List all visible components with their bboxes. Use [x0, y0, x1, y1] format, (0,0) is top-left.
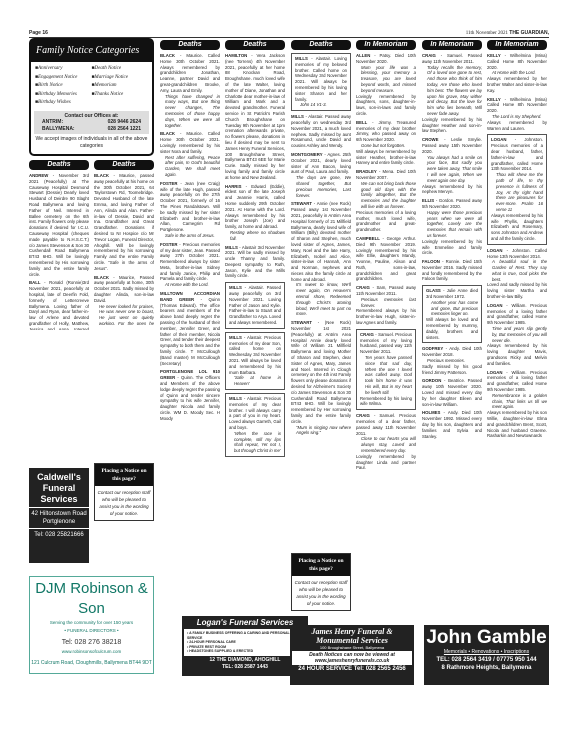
- notice-surname: ALLEN: [356, 53, 370, 58]
- notice-verse: 'Safe at home in Heaven': [229, 375, 281, 387]
- notice-remembered-by: Remembered always by his brother-in-law …: [356, 308, 416, 325]
- notice-surname: MILLS: [291, 114, 304, 119]
- deaths-column-5: DeathsMILLS - Alastair. Loving memories …: [291, 40, 351, 439]
- notice-text: - Edward (Eddie), eldest son of the late…: [225, 184, 285, 230]
- notice-entry: MILLS - Alastair. Precious memories of m…: [225, 393, 285, 457]
- notice-remembered-by: Always remembered by his nephew Mervyn.: [422, 184, 482, 196]
- notice-verse: Ten years have passed since that sad day…: [360, 355, 412, 396]
- placing-notice-box-1: Placing a Notice on this page?Contact ou…: [94, 463, 154, 521]
- notice-surname: BLACK: [160, 131, 175, 136]
- notice-verse: Thou wilt shew me the path of life, In t…: [491, 172, 543, 213]
- notice-verse: Today recalls the memory, Of a loved one…: [422, 65, 482, 117]
- notice-verse: A beautiful soul in the Garden of Rest. …: [487, 259, 547, 282]
- notice-entry: MILLS - Alastair. Passed away peacefully…: [225, 282, 285, 329]
- notice-verse: You always had a smile on your face, But…: [422, 155, 482, 184]
- notice-remembered-by: Will always be remembered by sister Heat…: [356, 149, 416, 166]
- notice-surname: CROWE: [422, 137, 438, 142]
- notice-entry: BELL - Jimmy. Treasured memories of my d…: [356, 120, 416, 166]
- notice-remembered-by: Lovingly remembered by his daughter Heat…: [422, 117, 482, 134]
- category-item: Birthday Memories: [35, 91, 92, 100]
- notice-entry: FOSTER - Precious memories of my dear si…: [160, 242, 220, 288]
- notice-text: - Maurice, passed away peacefully at his…: [94, 173, 154, 271]
- notice-remembered-by: Lovingly remembered by daughter Linda an…: [356, 454, 416, 471]
- notice-surname: BRADLEY: [356, 169, 377, 174]
- notice-text: - Alastair. Loving memories of my belove…: [295, 56, 347, 102]
- notice-entry: LOGAN - Johnston. Precious memories of a…: [487, 134, 547, 244]
- notice-text: - Alastair. Precious memories of my dear…: [229, 396, 281, 430]
- memoriam-column-2: In MemoriamCRAIG - Samuel. Passed away 1…: [422, 40, 482, 442]
- notice-surname: BLACK: [94, 173, 109, 178]
- notice-surname: STEWART: [291, 320, 312, 325]
- notice-remembered-by: Will always be loved and remembered by m…: [426, 317, 478, 340]
- notice-surname: MILLS: [295, 56, 308, 61]
- category-item: Birth Notice: [35, 82, 92, 91]
- notice-surname: BALL: [29, 280, 40, 285]
- notice-text: - Vera Jackson (nee Torrens) 4th Novembe…: [225, 53, 285, 180]
- notice-text: - Quinn. The Officers and Members of the…: [160, 375, 220, 421]
- notice-verse: We can not bring back those good old day…: [356, 181, 416, 210]
- notice-entry: LOGAN - William. Precious memories of a …: [487, 303, 547, 367]
- notice-entry: KELLY - Wilhelmina (Mina) Called Home 8t…: [487, 53, 547, 94]
- notice-entry: CRAIG - Samuel. Passed away 11th Novembe…: [422, 53, 482, 134]
- notice-surname: CRAIG: [422, 53, 436, 58]
- notice-surname: CRAIG: [356, 413, 370, 418]
- notice-entry: STEWART - Annie (nee Rock) Passed away 1…: [291, 201, 351, 317]
- notice-verse: Time and years slip gently by, But memor…: [487, 326, 547, 343]
- notice-entry: CRAIG - Samuel. Precious memories of a d…: [356, 413, 416, 471]
- notice-remembered-by: Always remembered by his loving daughter…: [487, 343, 547, 366]
- notice-surname: HARRIS: [225, 184, 241, 189]
- category-item: Anniversary: [35, 65, 92, 74]
- james-henry-website-note: Death Notices can now be viewed at www.j…: [292, 651, 412, 665]
- deaths-banner: Deaths: [29, 160, 89, 170]
- notice-entry: CRAIG - Samuel. Precious memories of my …: [356, 329, 416, 410]
- notice-entry: STEWART - (Nee Rock) November 1st 2021 (…: [291, 320, 351, 436]
- notice-text: - Alastair. Precious memories of my dear…: [229, 335, 281, 375]
- notice-verse: Remembrance is a golden chain, That link…: [487, 393, 547, 410]
- notice-entry: GODFREY - Andy. Died 10th November 2018.…: [422, 346, 482, 375]
- notice-surname: MILLS: [229, 396, 242, 401]
- caldwells-funeral-ad: Caldwell's Funeral Services 42 Hiltonsto…: [29, 468, 89, 563]
- notice-remembered-by: Precious memories of a loving mother, mu…: [356, 210, 416, 233]
- notice-surname: GORDON: [422, 378, 441, 383]
- notice-entry: BLACK - Maurice. Called Home 30th Octobe…: [160, 53, 220, 128]
- notice-entry: GLASS - Julie Anne died 3rd November 197…: [422, 285, 482, 343]
- notice-verse: Safe in the arms of Jesus.: [160, 233, 220, 239]
- notice-surname: HAMILTON: [225, 53, 247, 58]
- notice-entry: BLACK - Maurice, Passed away peacefully …: [94, 275, 154, 325]
- djm-robinson-ad: DJM Robinson & Son Serving the community…: [29, 576, 154, 674]
- deaths-banner: Deaths: [225, 40, 285, 50]
- notice-surname: MONTGOMERY: [291, 152, 323, 157]
- notice-text: - Annie (nee Rock) Passed away 1st Novem…: [291, 201, 351, 281]
- notice-entry: FALOON - Ronnie. Died 15th November 2016…: [422, 259, 482, 282]
- notice-remembered-by: Always remembered by Warren and Lauren.: [487, 120, 547, 132]
- notice-text: - (Nee Rock) November 1st 2021 (Peaceful…: [291, 320, 351, 424]
- notice-remembered-by: Sadly missed by his good friend Jimmy Pa…: [422, 364, 482, 376]
- notice-verse: Close to our hearts you will always stay…: [356, 436, 416, 453]
- category-item: Engagement Notice: [35, 74, 92, 83]
- notice-verse: Resting where no shadows fall.: [225, 230, 285, 242]
- notice-entry: CRAIG - Sam, Passed away 11th November 2…: [356, 285, 416, 326]
- notice-entry: ALLEN - Patsy. Died 10th November 2020.M…: [356, 53, 416, 117]
- notice-surname: KELLY: [487, 53, 501, 58]
- deaths-banner: Deaths: [160, 40, 220, 50]
- notice-entry: KELLY - Wilhelmina (Mina) Called Home 8t…: [487, 97, 547, 132]
- notice-surname: GLASS: [426, 288, 441, 293]
- notice-entry: LOGAN - Johnston. Called Home 13th Novem…: [487, 248, 547, 300]
- notice-text: - Alastair 3rd November 2021. Will be sa…: [225, 245, 285, 279]
- notice-entry: BALL - Ronald (Ronnie)3rd November 2021,…: [29, 280, 89, 330]
- notice-remembered-by: Lovingly remembered by his wife Emmeline…: [422, 239, 482, 256]
- notice-entry: CROWE - Leslie Smylie. Passed away 15th …: [422, 137, 482, 195]
- deaths-column-3: DeathsBLACK - Maurice. Called Home 30th …: [160, 40, 220, 425]
- notice-verse: 'When the race is complete, still my lip…: [229, 431, 281, 454]
- notice-text: - Alastair. Passed away peacefully on we…: [291, 114, 351, 148]
- notice-verse: It's sweet to know, We'll meet again, On…: [291, 282, 351, 317]
- notice-surname: MILLS: [229, 335, 242, 340]
- memoriam-column-1: In MemoriamALLEN - Patsy. Died 10th Nove…: [356, 40, 416, 474]
- notice-verse: He never looked for praises, He was neve…: [94, 304, 154, 325]
- notice-surname: LOGAN: [487, 370, 503, 375]
- notice-surname: STEWART: [291, 201, 312, 206]
- deaths-column-4: DeathsHAMILTON - Vera Jackson (nee Torre…: [225, 40, 285, 460]
- category-item: Birthday Wishes: [35, 99, 92, 108]
- notice-surname: CRAIG: [356, 285, 370, 290]
- notice-entry: BLACK - Maurice. Called Home 30th Octobe…: [160, 131, 220, 177]
- notice-entry: ANDREW - November 3rd 2021 (Peacefully) …: [29, 173, 89, 277]
- notice-verse: Mum your life was a blessing, your memor…: [356, 65, 416, 94]
- notice-entry: MONTGOMERY - Agnes. 25th October 2021, d…: [291, 152, 351, 198]
- notice-entry: FOSTER - Jean (nee Craig) wife of the la…: [160, 181, 220, 239]
- notice-verse: John 14 V1-3.: [295, 102, 347, 108]
- category-item: Death Notice: [92, 65, 149, 74]
- notice-text: - Quinn (Thomas Edward). The office bear…: [160, 297, 220, 366]
- notice-entry: HAMILTON - Vera Jackson (nee Torrens) 4t…: [225, 53, 285, 181]
- notice-surname: ELLIS: [422, 198, 434, 203]
- memoriam-banner: In Memoriam: [356, 40, 416, 50]
- notice-surname: FALOON: [422, 259, 440, 264]
- notice-verse: Happy were those precious years when we …: [422, 210, 482, 239]
- page-header: Page 16 11th November 2021 THE GUARDIAN,: [29, 30, 549, 38]
- notice-verse: The Lord is my Shepherd.: [487, 114, 547, 120]
- notice-surname: CAMPBELL: [356, 236, 380, 241]
- notice-text: - November 3rd 2021 (Peacefully) at The …: [29, 173, 89, 277]
- notice-entry: BLACK - Maurice, passed away peacefully …: [94, 173, 154, 272]
- notice-text: - Maurice. Called Home 30th October 2021…: [160, 53, 220, 93]
- category-item: Thanks Notice: [92, 91, 149, 100]
- john-gamble-memorials-ad: John Gamble Memorials • Renovations • In…: [424, 625, 549, 685]
- notice-entry: MILLS - Alastair. Precious memories of m…: [225, 332, 285, 390]
- notice-surname: LOGAN: [491, 137, 507, 142]
- notice-text: - Precious memories of my dear sister, J…: [160, 242, 220, 282]
- notice-verse: Precious memories last forever.: [356, 297, 416, 309]
- notice-surname: LOGAN: [487, 303, 503, 308]
- notice-entry: MILLTOWN ACCORDIAN BAND GREER - Quinn (T…: [160, 291, 220, 366]
- notice-surname: LOGAN: [487, 248, 503, 253]
- notice-entry: HOLMES - Andy. Died 10th November 1992. …: [422, 410, 482, 439]
- notice-surname: HOLMES: [422, 410, 440, 415]
- notice-entry: PORTGLENONE LOL 910 GREER - Quinn. The O…: [160, 369, 220, 421]
- notice-surname: CRAIG: [360, 332, 374, 337]
- page-number: Page 16: [29, 30, 48, 36]
- notice-verse: At Home with the Lord.: [160, 282, 220, 288]
- family-notice-categories: Family Notice Categories Anniversary Dea…: [29, 38, 154, 156]
- notice-text: - Jean (nee Craig) wife of the late Hugh…: [160, 181, 220, 232]
- notice-text: - Johnston. Precious memories of a dear …: [491, 137, 543, 171]
- notice-verse: "Mum is singing now where Angels sing.": [291, 425, 351, 437]
- notice-entry: BRADLEY - Mena. Died 10th November 2007.…: [356, 169, 416, 233]
- notice-remembered-by: Remembered by his loving wife Wilma.: [360, 396, 412, 408]
- notice-entry: ELLIS - Gordon. Passed away 5th November…: [422, 198, 482, 256]
- deaths-banner: Deaths: [291, 40, 351, 50]
- notice-text: - Alastair. Passed away peacefully on 3r…: [229, 285, 281, 325]
- categories-title: Family Notice Categories: [31, 40, 152, 62]
- categories-list: Anniversary Death Notice Engagement Noti…: [31, 62, 152, 111]
- memoriam-banner: In Memoriam: [487, 40, 547, 50]
- issue-date: 11th November 2021 THE GUARDIAN,: [466, 30, 549, 36]
- contact-offices: Contact our Offices at: ANTRIM:028 9446 …: [34, 111, 149, 135]
- notice-remembered-by: Always remembered by his wife Phyllis, d…: [491, 213, 543, 242]
- notice-surname: KELLY: [487, 97, 501, 102]
- deaths-column-1: DeathsANDREW - November 3rd 2021 (Peacef…: [29, 160, 89, 330]
- newspaper-page: Page 16 11th November 2021 THE GUARDIAN,…: [29, 30, 549, 710]
- logan-services-list: • A FAMILY BUSINESS OFFERING A CARING AN…: [184, 629, 306, 656]
- category-item: Memoriam: [92, 82, 149, 91]
- notice-entry: HARRIS - Edward (Eddie), eldest son of t…: [225, 184, 285, 242]
- notice-text: - George Arthur. Died 9th November 2019.…: [356, 236, 416, 282]
- notice-remembered-by: Always remembered by his son Willie, dau…: [487, 410, 547, 439]
- notice-verse: Another year has come and gone, But prec…: [426, 300, 478, 317]
- notice-surname: BLACK: [94, 275, 109, 280]
- notice-surname: FOSTER: [160, 242, 177, 247]
- notice-surname: BLACK: [160, 53, 175, 58]
- notice-remembered-by: Lovingly remembered by daughters, sons, …: [356, 94, 416, 117]
- notice-entry: MILLS - Alastair. Loving memories of my …: [291, 53, 351, 111]
- accept-images-note: We accept images of individuals in all o…: [31, 134, 152, 152]
- notice-entry: GORDON - Beatrice. Passed away 10th Nove…: [422, 378, 482, 407]
- notice-surname: FOSTER: [160, 181, 177, 186]
- notice-surname: GODFREY: [422, 346, 443, 351]
- notice-remembered-by: Always remembered by her brother Walter …: [487, 76, 547, 93]
- notice-surname: MILLS: [229, 285, 242, 290]
- notice-verse: Rest after suffering, Peace after pain, …: [160, 155, 220, 178]
- notice-verse: Things have changed in many ways, But on…: [160, 94, 220, 129]
- placing-notice-box-2: Placing a Notice on this page?Contact ou…: [291, 553, 351, 611]
- deaths-banner: Deaths: [94, 160, 154, 170]
- james-henry-funeral-ad: James Henry Funeral & Monumental Service…: [290, 625, 414, 685]
- notice-entry: CAMPBELL - George Arthur. Died 9th Novem…: [356, 236, 416, 282]
- office-ballymena: BALLYMENA:028 2564 1221: [42, 126, 141, 133]
- notice-verse: The days are gone, We shared together, B…: [291, 175, 351, 198]
- notice-remembered-by: Loved and sadly missed by his loving sis…: [487, 282, 547, 299]
- notice-entry: MILLS - Alastair 3rd November 2021. Will…: [225, 245, 285, 280]
- deaths-column-2: DeathsBLACK - Maurice, passed away peace…: [94, 160, 154, 325]
- notice-surname: MILLS: [225, 245, 238, 250]
- notice-text: - Ronald (Ronnie)3rd November 2021, peac…: [29, 280, 89, 330]
- memoriam-column-3: In MemoriamKELLY - Wilhelmina (Mina) Cal…: [487, 40, 547, 442]
- notice-entry: MILLS - Alastair. Passed away peacefully…: [291, 114, 351, 149]
- memoriam-banner: In Memoriam: [422, 40, 482, 50]
- notice-surname: ANDREW: [29, 173, 48, 178]
- notice-surname: BELL: [356, 120, 367, 125]
- category-item: Marriage Notice: [92, 74, 149, 83]
- notice-entry: LOGAN - William. Precious memories of a …: [487, 370, 547, 440]
